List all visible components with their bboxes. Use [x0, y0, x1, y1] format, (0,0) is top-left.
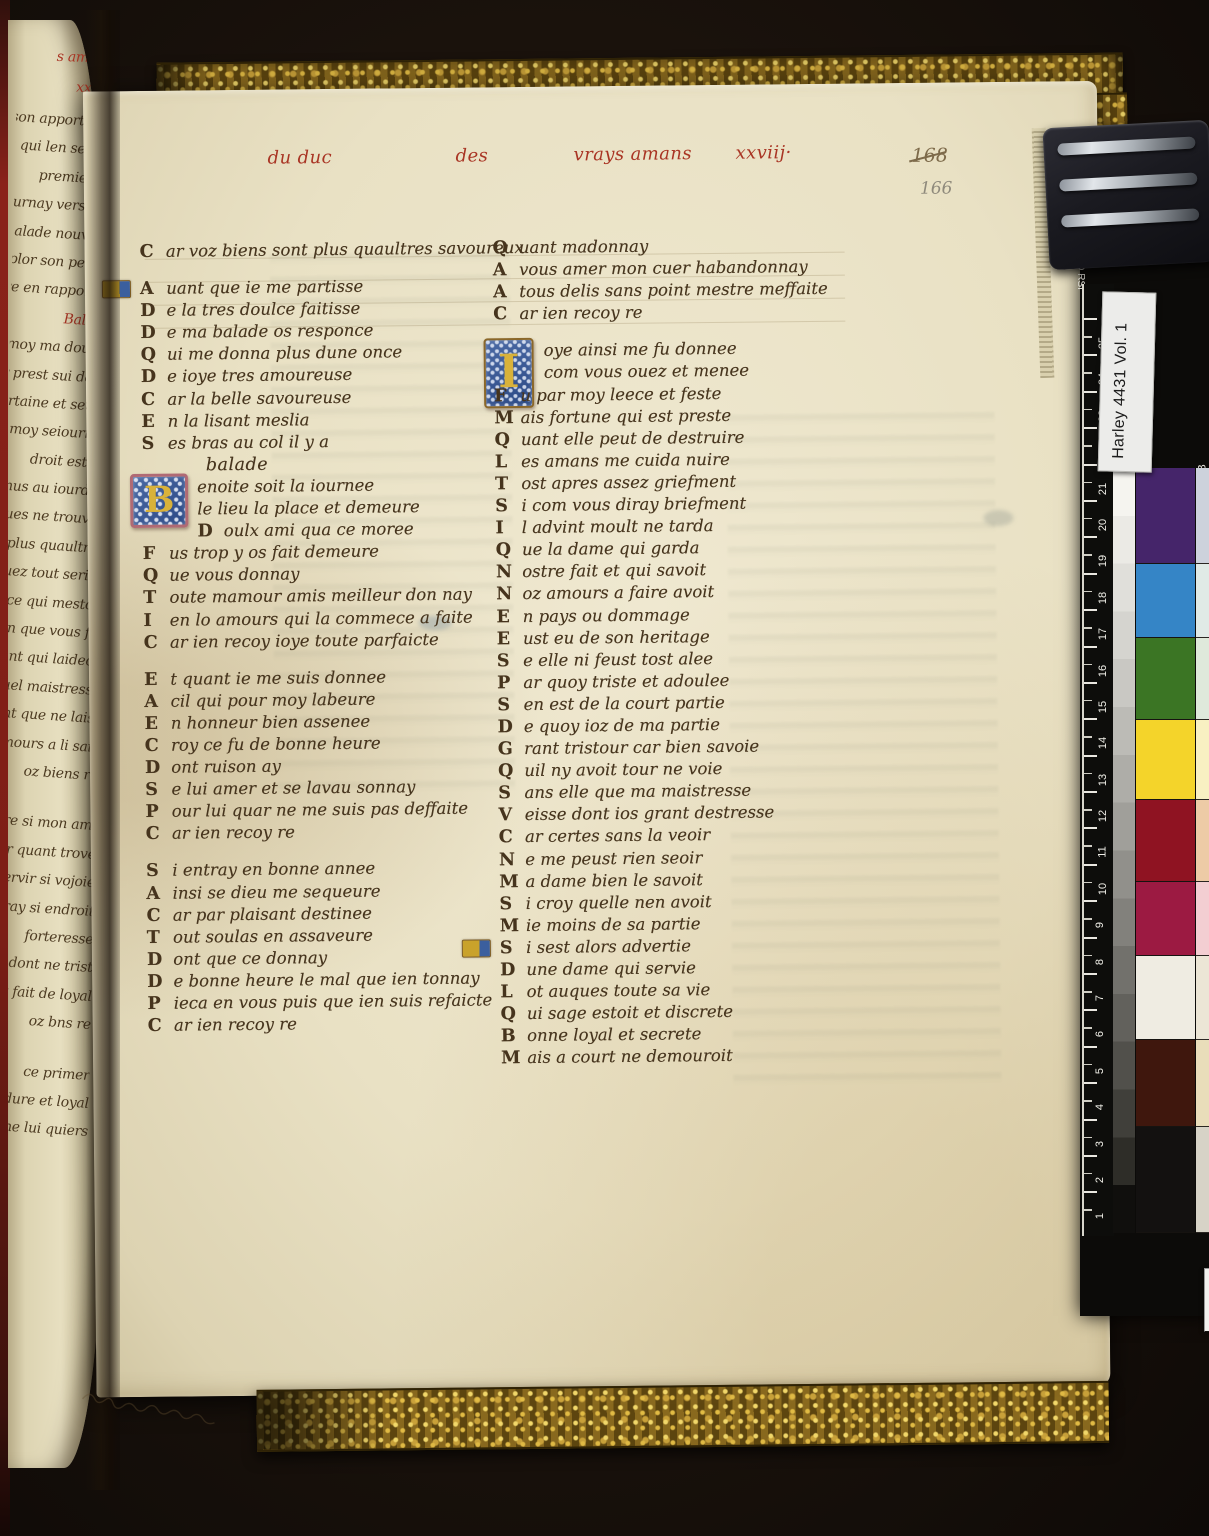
verse-initial: C [499, 826, 520, 848]
ruler-number: 19 [1097, 555, 1109, 567]
gilt-border-bottom [256, 1381, 1109, 1452]
tint-swatch [1196, 720, 1209, 800]
verse-initial: N [499, 849, 520, 871]
clip-ridge [1059, 172, 1197, 191]
verse-text: ar certes sans la veoir [525, 825, 710, 846]
facing-text-line: ne de se plus ne lui quiers [8, 1112, 88, 1147]
ruler-number: 17 [1097, 628, 1109, 640]
facing-text-line: t quom duiray si endroit [8, 891, 94, 926]
ruler-number: 21 [1097, 482, 1109, 494]
ruler-number: 3 [1094, 1141, 1106, 1147]
grayscale-strip [1113, 468, 1135, 1233]
running-title-part3: vrays amans [573, 143, 692, 165]
tint-swatch [1196, 1127, 1209, 1233]
clip-ridge [1057, 136, 1195, 155]
ruler-number: 13 [1097, 774, 1109, 786]
verse-text: ais fortune qui est preste [520, 405, 731, 426]
verse-text: e la tres doulce faitisse [166, 299, 360, 320]
verse-initial: S [498, 782, 519, 804]
verse-text: ar ien recoy re [519, 303, 642, 323]
ruler-number: 14 [1097, 737, 1109, 749]
verse-text: n honneur bien assenee [171, 711, 371, 732]
verse-text: i croy quelle nen avoit [526, 892, 712, 913]
verse-initial: I [495, 517, 516, 539]
verse-text: e me peust rien seoir [525, 848, 702, 869]
ruler-tick: 7 [1084, 973, 1114, 1009]
verse-initial: L [495, 451, 516, 473]
manuscript-page: du duc des vrays amans xxviij· 168 166 C… [83, 81, 1111, 1398]
ruler-tick: 11 [1084, 827, 1114, 863]
gutter-shadow [86, 10, 120, 1490]
verse-text: eisse dont ios grant destresse [525, 803, 775, 825]
verse-text: en lo amours qui la commece a faite [170, 607, 473, 629]
verse-initial: F [494, 385, 515, 407]
verse-initial: N [496, 583, 517, 605]
verse-text: es bras au col il y a [168, 432, 329, 453]
running-title-part2: des [455, 145, 488, 166]
verse-text: n pays ou dommage [523, 605, 690, 626]
running-title-part1: du duc [267, 147, 332, 169]
verse-line: C C ar ien recoy re [148, 1011, 520, 1037]
tint-swatch [1196, 1040, 1209, 1127]
verse-initial: Q [498, 760, 519, 782]
ruler-number: 8 [1094, 959, 1106, 965]
verse-text: ost apres assez griefment [521, 472, 736, 493]
verse-text: ar ien recoy re [172, 823, 295, 843]
facing-text-line: r bien servir si vojoie [8, 863, 95, 898]
ruler-number: 12 [1097, 810, 1109, 822]
ruler-tick: 1 [1084, 1191, 1114, 1227]
verse-text: l advint moult ne tarda [522, 516, 714, 537]
verse-initial: D [145, 757, 166, 779]
paraph-mark [462, 939, 491, 957]
verse-text: ans elle que ma maistresse [524, 781, 751, 802]
verse-line: B B enoite soit la iournee le lieu la pl… [142, 473, 514, 521]
verse-initial: C [145, 735, 166, 757]
verse-initial: P [145, 801, 166, 823]
verse-text: ar quoy triste et adoulee [523, 671, 729, 692]
verse-text: ieca en vous puis que ien suis refaicte [174, 990, 493, 1012]
tint-swatch [1196, 638, 1209, 720]
ruler-tick: 4 [1084, 1082, 1114, 1118]
verse-text: ont que ce donnay [173, 948, 327, 969]
running-title-number: xxviij· [735, 142, 791, 164]
verse-initial: D [147, 971, 168, 993]
ruler-number: 2 [1094, 1177, 1106, 1183]
verse-text: oulx ami qua ce moree [224, 519, 414, 540]
ruler-tick: 17 [1084, 609, 1114, 645]
verse-initial: E [141, 410, 162, 432]
verse-initial: E [496, 606, 517, 628]
verse-initial: M [501, 1047, 522, 1069]
verse-text: ar ien recoy re [174, 1014, 297, 1034]
verse-text: ie moins de sa partie [526, 914, 701, 935]
verse-initial: L [500, 981, 521, 1003]
verse-initial: D [140, 322, 161, 344]
color-patch-yellow [1136, 720, 1195, 800]
folio-tag-label: 166 [1204, 1268, 1209, 1332]
ruler-number: 18 [1097, 592, 1109, 604]
verse-text: ais a court ne demouroit [527, 1046, 733, 1067]
verse-initial: C [146, 904, 167, 926]
verse-initial: S [495, 495, 516, 517]
ruler-tick: 3 [1084, 1119, 1114, 1155]
verse-text: tous delis sans point mestre meffaite [519, 279, 828, 301]
tint-strip [1196, 468, 1209, 1233]
ruler-number: 11 [1097, 847, 1109, 858]
ruler-tick: 12 [1084, 791, 1114, 827]
verse-initial: M [500, 915, 521, 937]
verse-initial: Q [143, 565, 164, 587]
ruler-tick: 5 [1084, 1046, 1114, 1082]
tint-swatch [1196, 800, 1209, 882]
folio-number-new: 166 [920, 178, 953, 198]
ruler-number: 10 [1097, 883, 1109, 895]
verse-initial: S [146, 860, 167, 882]
text-column-left: C C ar voz biens sont plus quaultres sav… [139, 237, 519, 1037]
verse-initial: F [143, 543, 164, 565]
verse-text: es amans me cuida nuire [521, 450, 730, 471]
verse-text: e ma balade os responce [167, 321, 374, 342]
verse-text: ont ruison ay [171, 757, 281, 777]
ruler-tick: 14 [1084, 718, 1114, 754]
shelfmark-label: Harley 4431 Vol. 1 [1098, 291, 1157, 472]
color-patch-purple [1136, 468, 1195, 564]
page-assembly: du duc des vrays amans xxviij· 168 166 C… [81, 52, 1156, 1483]
verse-text: out soulas en assaveure [173, 925, 373, 946]
verse-text: i entray en bonne annee [172, 859, 375, 880]
color-patch-blue [1136, 564, 1195, 638]
verse-initial: T [147, 926, 168, 948]
ruler-number: 15 [1097, 701, 1109, 713]
verse-initial: E [497, 628, 518, 650]
verse-initial: V [498, 804, 519, 826]
ruler-tick: 8 [1084, 937, 1114, 973]
facing-text-line: r bien mest fait de loyal [8, 976, 92, 1011]
verse-text: oute mamour amis meilleur don nay [169, 585, 472, 607]
tint-swatch [1196, 956, 1209, 1040]
verse-initial: M [494, 407, 515, 429]
ruler-tick: 13 [1084, 755, 1114, 791]
ruler-tick: 18 [1084, 573, 1114, 609]
verse-initial: C [146, 823, 167, 845]
verse-text: ar voz biens sont plus quaultres savoure… [166, 238, 524, 261]
ruler-tick: 6 [1084, 1009, 1114, 1045]
ruler-tick: 9 [1084, 900, 1114, 936]
verse-text: une dame qui servie [526, 958, 696, 979]
verse-initial: A [144, 691, 165, 713]
verse-text: uant que ie me partisse [166, 277, 363, 298]
verse-initial: Q [500, 1003, 521, 1025]
verse-text: uant elle peut de destruire [521, 427, 745, 448]
verse-text: i com vous diray briefment [521, 494, 746, 515]
verse-text: our lui quar ne me suis pas deffaite [172, 799, 468, 821]
ruler-number: 7 [1094, 995, 1106, 1001]
ruler-tick: 16 [1084, 646, 1114, 682]
text-column-right: Q Q uant madonnay A A vous amer mon cuer… [492, 233, 941, 1070]
verse-text: e lui amer et se lavau sonnay [171, 777, 415, 799]
verse-text: ui me donna plus dune once [167, 343, 402, 364]
verse-initial: S [141, 433, 162, 455]
color-patch-black [1136, 1127, 1195, 1233]
verse-text: onne loyal et secrete [527, 1024, 701, 1045]
verse-initial: T [495, 473, 516, 495]
verse-initial: C [139, 241, 160, 263]
verse-text: ot auques toute sa vie [526, 980, 710, 1001]
verse-text: e quoy ioz de ma partie [524, 715, 720, 736]
verse-initial: C [141, 388, 162, 410]
verse-initial: E [144, 713, 165, 735]
verse-text: uant madonnay [519, 237, 649, 257]
verse-text: cil qui pour moy labeure [170, 689, 375, 710]
verse-text: e bonne heure le mal que ien tonnay [173, 968, 479, 990]
verse-text: rant tristour car bien savoie [524, 737, 759, 758]
tint-swatch [1196, 882, 1209, 956]
verse-initial: T [143, 587, 164, 609]
verse-initial: Q [494, 429, 515, 451]
ruler-tick: 20 [1084, 500, 1114, 536]
verse-text: ui sage estoit et discrete [527, 1002, 733, 1023]
tint-swatch [1196, 564, 1209, 638]
verse-text: vous amer mon cuer habandonnay [519, 257, 808, 279]
color-patch-crimson [1136, 882, 1195, 956]
folio-number-old-struck: 168 [911, 145, 947, 167]
verse-text: a dame bien le savoit [525, 870, 703, 891]
ruler-number: 4 [1094, 1104, 1106, 1110]
verse-text: i sest alors advertie [526, 936, 691, 957]
tint-swatch [1196, 468, 1209, 564]
verse-text: oz amours a faire avoit [522, 582, 714, 603]
verse-initial: E [144, 668, 165, 690]
ruler-tick: 2 [1084, 1155, 1114, 1191]
verse-initial: S [497, 694, 518, 716]
ink-smudge [983, 510, 1013, 526]
verse-text: insi se dieu me sequeure [172, 881, 380, 902]
verse-text: n la lisant meslia [167, 410, 309, 430]
verse-initial: D [147, 949, 168, 971]
verse-initial: S [145, 779, 166, 801]
color-patch-green [1136, 638, 1195, 720]
verse-initial: A [493, 259, 514, 281]
metal-clip [1042, 120, 1209, 270]
verse-initial: C [493, 303, 514, 325]
verse-initial: D [497, 716, 518, 738]
color-patch-white [1136, 956, 1195, 1040]
verse-initial: S [499, 893, 520, 915]
verse-text: ostre fait et qui savoit [522, 560, 706, 581]
verse-initial: B [501, 1025, 522, 1047]
verse-initial: S [500, 937, 521, 959]
verse-text: e ioye tres amoureuse [167, 365, 352, 386]
verse-initial: C [144, 631, 165, 653]
ruler-tick: 19 [1084, 536, 1114, 572]
verse-initial: I [143, 609, 164, 631]
verse-initial: D [197, 520, 218, 542]
manuscript-photo: s amansxxviij n son apportenseulle a qui… [0, 0, 1209, 1536]
verse-initial: N [496, 561, 517, 583]
verse-initial: Q [141, 344, 162, 366]
verse-text: t quant ie me suis donnee [170, 667, 386, 688]
color-patches: 166 [1136, 468, 1195, 1233]
verse-text: ar par plaisant destinee [173, 903, 372, 924]
verse-text: en est de la court partie [523, 693, 724, 714]
verse-text: e elle ni feust tost alee [523, 649, 713, 670]
ruler-number: 1 [1094, 1213, 1106, 1219]
verse-initial: A [146, 882, 167, 904]
verse-text: balade [206, 454, 268, 475]
verse-initial: D [140, 300, 161, 322]
verse-initial: Q [492, 237, 513, 259]
verse-text: u par moy leece et feste [520, 383, 721, 404]
verse-initial: A [140, 278, 161, 300]
clip-ridge [1061, 208, 1199, 227]
color-patch-dark-red [1136, 800, 1195, 882]
verse-line: I I oye ainsi me fu donnee com vous ouez… [494, 336, 934, 385]
ruler-number: 5 [1094, 1068, 1106, 1074]
color-patch-brown: 166 [1136, 1040, 1195, 1127]
verse-initial: P [147, 993, 168, 1015]
ruler-number: 16 [1097, 664, 1109, 676]
verse-initial: D [141, 366, 162, 388]
verse-initial: Q [496, 539, 517, 561]
verse-initial: C [148, 1015, 169, 1037]
ruler-number: 20 [1097, 519, 1109, 531]
verse-text: ust eu de son heritage [523, 627, 710, 648]
verse-initial: S [497, 650, 518, 672]
ruler-number: 6 [1094, 1031, 1106, 1037]
verse-initial: M [499, 871, 520, 893]
verse-text: ar ien recoy ioye toute parfaicte [170, 629, 439, 651]
verse-text: roy ce fu de bonne heure [171, 733, 381, 754]
verse-text: uil ny avoit tour ne voie [524, 759, 722, 780]
verse-initial: P [497, 672, 518, 694]
verse-initial: G [498, 738, 519, 760]
ruler-tick: 10 [1084, 864, 1114, 900]
verse-initial: A [493, 281, 514, 303]
verse-text: us trop y os fait demeure [169, 542, 379, 563]
verse-line: M M ais a court ne demouroit [501, 1043, 941, 1070]
verse-text: ue la dame qui garda [522, 538, 700, 559]
verse-initial: D [500, 959, 521, 981]
verse-text: ue vous donnay [169, 565, 299, 585]
ruler-tick: 15 [1084, 682, 1114, 718]
ruler-number: 9 [1094, 922, 1106, 928]
verse-text: ar la belle savoureuse [167, 387, 351, 408]
